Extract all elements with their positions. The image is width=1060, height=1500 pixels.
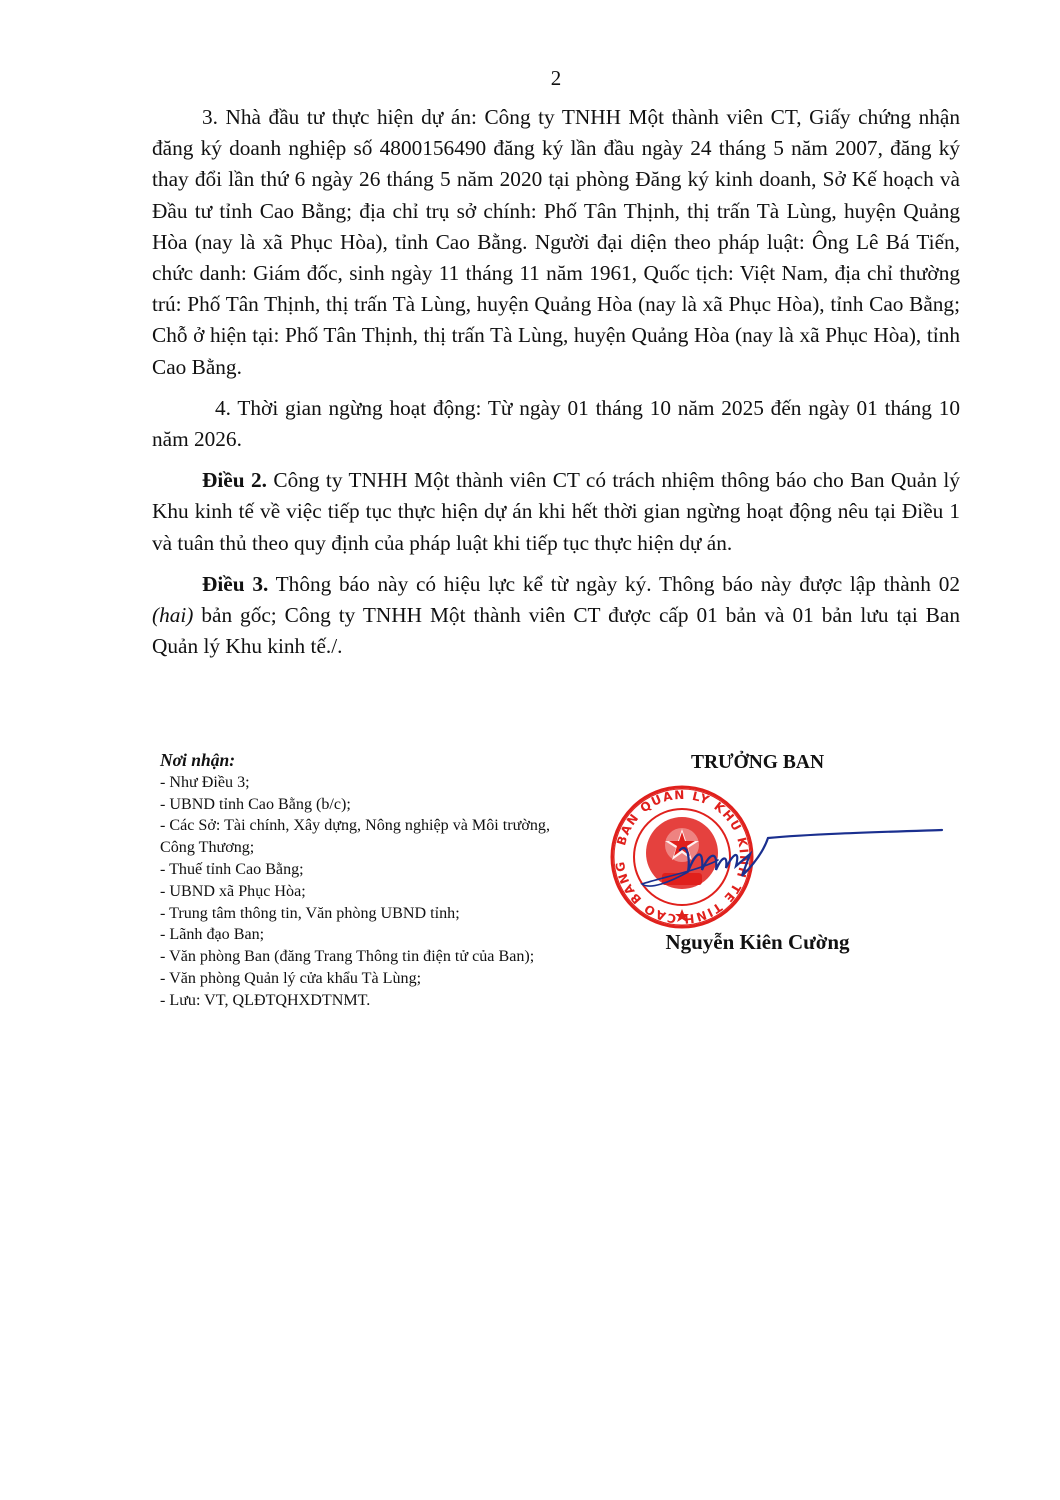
page-number: 2 <box>0 66 1060 91</box>
paragraph-article-2: Điều 2. Công ty TNHH Một thành viên CT c… <box>152 465 960 559</box>
paragraph-article-3: Điều 3. Thông báo này có hiệu lực kể từ … <box>152 569 960 663</box>
recipient-item: - Thuế tỉnh Cao Bằng; <box>160 859 550 881</box>
article-3-italic: (hai) <box>152 603 193 627</box>
article-3-label: Điều 3. <box>202 572 268 596</box>
recipient-item: - Lãnh đạo Ban; <box>160 924 550 946</box>
article-3-text-a: Thông báo này có hiệu lực kể từ ngày ký.… <box>268 572 960 596</box>
signer-role: TRƯỞNG BAN <box>590 752 925 774</box>
paragraph-item-4: 4. Thời gian ngừng hoạt động: Từ ngày 01… <box>152 393 960 455</box>
signature-block: TRƯỞNG BAN Nguyễn Kiên Cường <box>590 752 925 774</box>
recipient-item: - UBND xã Phục Hòa; <box>160 881 550 903</box>
paragraph-item-3: 3. Nhà đầu tư thực hiện dự án: Công ty T… <box>152 102 960 383</box>
signer-name: Nguyễn Kiên Cường <box>590 930 925 955</box>
recipient-item: - Các Sở: Tài chính, Xây dựng, Nông nghi… <box>160 815 550 859</box>
handwritten-signature-icon <box>640 820 950 890</box>
recipient-item: - Trung tâm thông tin, Văn phòng UBND tỉ… <box>160 903 550 925</box>
recipient-item: - Văn phòng Quản lý cửa khẩu Tà Lùng; <box>160 968 550 990</box>
recipient-item: - UBND tỉnh Cao Bằng (b/c); <box>160 794 550 816</box>
recipient-item: - Lưu: VT, QLĐTQHXDTNMT. <box>160 990 550 1012</box>
recipients-title: Nơi nhận: <box>160 750 550 772</box>
article-2-label: Điều 2. <box>202 468 267 492</box>
recipient-item: - Văn phòng Ban (đăng Trang Thông tin đi… <box>160 946 550 968</box>
document-body: 3. Nhà đầu tư thực hiện dự án: Công ty T… <box>152 102 960 662</box>
recipients-block: Nơi nhận: - Như Điều 3; - UBND tỉnh Cao … <box>160 750 550 1012</box>
recipient-item: - Như Điều 3; <box>160 772 550 794</box>
article-3-text-b: bản gốc; Công ty TNHH Một thành viên CT … <box>152 603 960 658</box>
article-2-text: Công ty TNHH Một thành viên CT có trách … <box>152 468 960 554</box>
